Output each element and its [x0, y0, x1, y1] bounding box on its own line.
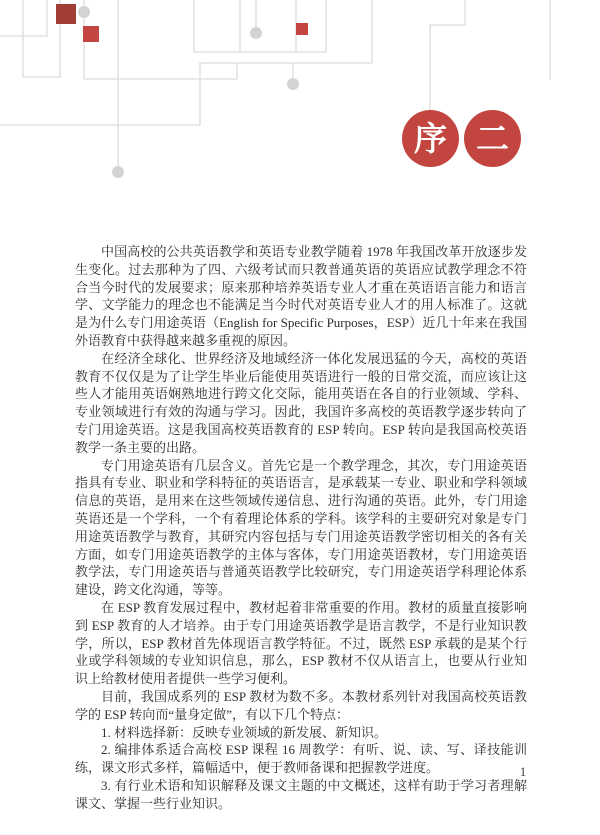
node-dot [250, 27, 262, 39]
preface-badge-xu: 序 [402, 110, 459, 167]
feature-item-3: 3. 有行业术语和知识解释及课文主题的中文概述，这样有助于学习者理解课文、掌握一… [75, 777, 527, 813]
preface-badge-xu-label: 序 [414, 122, 447, 155]
page-number: 1 [517, 765, 529, 780]
red-square-accent [83, 26, 99, 42]
paragraph-5: 目前，我国成系列的 ESP 教材为数不多。本教材系列针对我国高校英语教学的 ES… [75, 688, 527, 724]
node-dot [287, 78, 299, 90]
red-square-accent [56, 4, 76, 24]
paragraph-2: 在经济全球化、世界经济及地域经济一体化发展迅猛的今天，高校的英语教育不仅仅是为了… [75, 350, 527, 457]
feature-item-2: 2. 编排体系适合高校 ESP 课程 16 周教学：有听、说、读、写、译技能训练… [75, 741, 527, 777]
node-dot [78, 6, 90, 18]
paragraph-1: 中国高校的公共英语教学和英语专业教学随着 1978 年我国改革开放逐步发生变化。… [75, 243, 527, 350]
book-page: 序 二 中国高校的公共英语教学和英语专业教学随着 1978 年我国改革开放逐步发… [0, 0, 600, 835]
red-square-accents [56, 4, 308, 42]
preface-body: 中国高校的公共英语教学和英语专业教学随着 1978 年我国改革开放逐步发生变化。… [75, 243, 527, 813]
preface-badge-er-label: 二 [476, 122, 509, 155]
preface-badge-er: 二 [464, 110, 521, 167]
node-dot [112, 166, 124, 178]
red-square-accent [296, 23, 308, 35]
circuit-node-dots [78, 6, 299, 178]
paragraph-4: 在 ESP 教育发展过程中，教材起着非常重要的作用。教材的质量直接影响到 ESP… [75, 599, 527, 688]
feature-item-1: 1. 材料选择新：反映专业领域的新发展、新知识。 [75, 724, 527, 742]
paragraph-3: 专门用途英语有几层含义。首先它是一个教学理念，其次，专门用途英语指具有专业、职业… [75, 457, 527, 599]
